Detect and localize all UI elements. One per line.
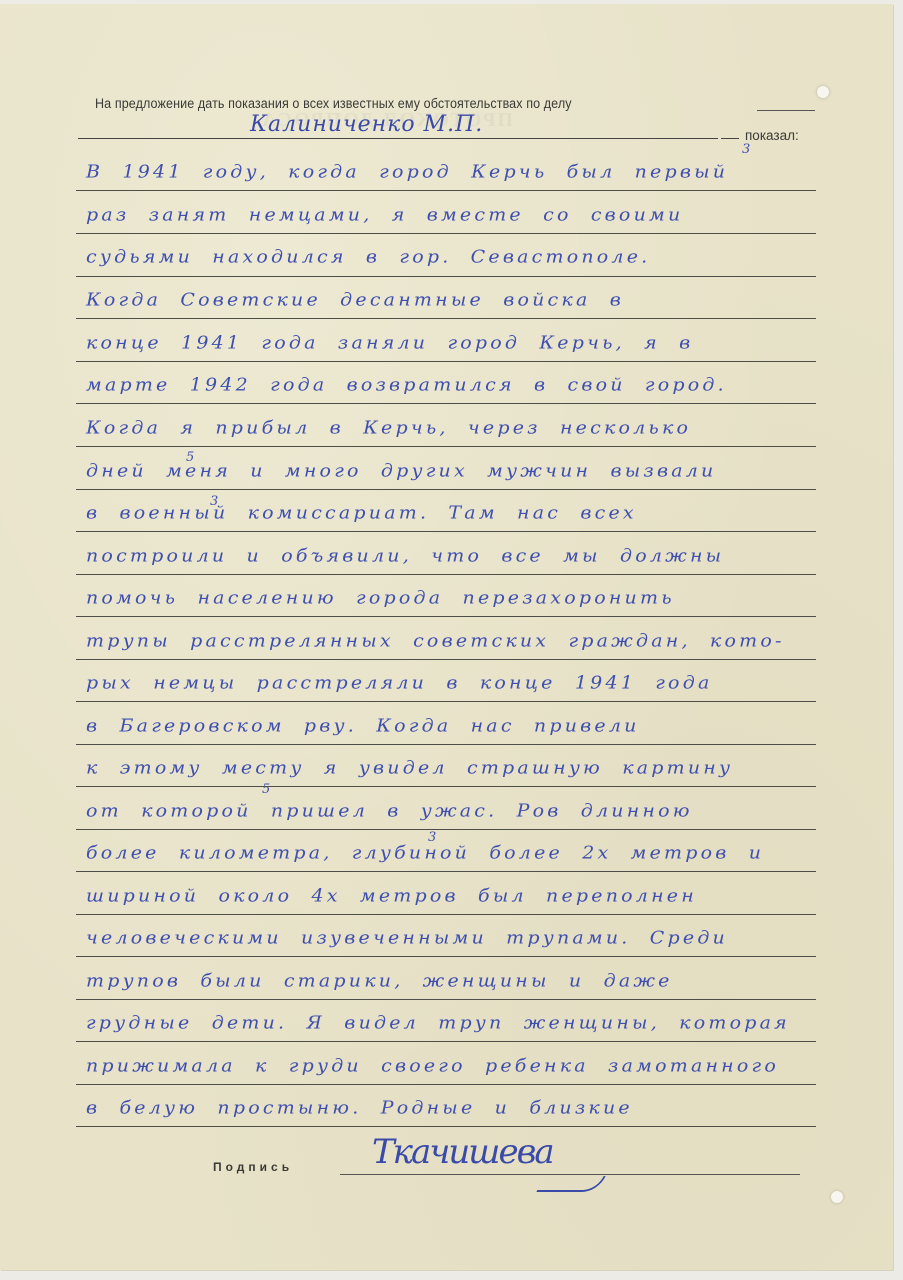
ruled-line — [76, 276, 816, 277]
testimony-line: марте 1942 года возвратился в свой город… — [86, 375, 727, 396]
ruled-line — [76, 1084, 816, 1085]
testimony-line: Когда я прибыл в Керчь, через несколько — [86, 418, 691, 439]
ruled-line — [76, 531, 816, 532]
ruled-line — [76, 659, 816, 660]
name-field-rule — [721, 138, 739, 139]
ruled-line — [76, 489, 816, 490]
testimony-line: человеческими изувеченными трупами. Сред… — [86, 928, 728, 949]
showed-label: показал: — [745, 128, 799, 143]
testimony-line: дней меня и много других мужчин вызвали — [86, 461, 717, 482]
printed-intro-text: На предложение дать показания о всех изв… — [95, 96, 765, 111]
testimony-line: в Багеровском рву. Когда нас привели — [86, 716, 640, 737]
ruled-line — [76, 744, 816, 745]
testimony-line: рых немцы расстреляли в конце 1941 года — [86, 673, 712, 694]
testimony-line: трупов были старики, женщины и даже — [86, 971, 673, 992]
ruled-line — [76, 829, 816, 830]
punch-hole — [817, 86, 829, 98]
ruled-line — [76, 956, 816, 957]
correction-mark: 5 — [262, 782, 270, 797]
protocol-page: ПРОТОКОЛ ДОПРОСА На предложение дать пок… — [0, 4, 893, 1270]
testimony-line: конце 1941 года заняли город Керчь, я в — [86, 333, 693, 354]
correction-mark: 3 — [742, 142, 750, 157]
testimony-line: от которой пришел в ужас. Ров длинною — [86, 801, 693, 822]
ruled-line — [76, 1126, 816, 1127]
testimony-line: раз занят немцами, я вместе со своими — [86, 205, 683, 226]
witness-name: Калиниченко М.П. — [250, 112, 483, 137]
ruled-line — [76, 574, 816, 575]
ruled-line — [76, 1041, 816, 1042]
ruled-line — [76, 318, 816, 319]
signature: Ткачишева — [372, 1132, 553, 1172]
ruled-line — [76, 786, 816, 787]
testimony-line: В 1941 году, когда город Керчь был первы… — [86, 162, 728, 183]
ruled-line — [76, 190, 816, 191]
testimony-line: шириной около 4х метров был переполнен — [86, 886, 697, 907]
signature-rule — [340, 1174, 800, 1175]
signature-label: Подпись — [213, 1160, 293, 1174]
testimony-line: помочь населению города перезахоронить — [86, 588, 675, 609]
testimony-line: судьями находился в гор. Севастополе. — [86, 247, 650, 268]
ruled-line — [76, 701, 816, 702]
testimony-line: грудные дети. Я видел труп женщины, кото… — [86, 1013, 790, 1034]
ruled-line — [76, 616, 816, 617]
testimony-line: прижимала к груди своего ребенка замотан… — [86, 1056, 779, 1077]
testimony-line: более километра, глубиной более 2х метро… — [86, 843, 764, 864]
ruled-line — [76, 999, 816, 1000]
testimony-line: в белую простыню. Родные и близкие — [86, 1098, 633, 1119]
ruled-line — [76, 446, 816, 447]
testimony-line: к этому месту я увидел страшную картину — [86, 758, 733, 779]
ruled-line — [76, 361, 816, 362]
punch-hole — [831, 1191, 843, 1203]
ruled-line — [76, 871, 816, 872]
ruled-line — [76, 233, 816, 234]
ruled-line — [76, 914, 816, 915]
case-field-rule — [757, 110, 815, 111]
testimony-line: трупы расстрелянных советских граждан, к… — [86, 631, 785, 652]
testimony-line: построили и объявили, что все мы должны — [86, 546, 724, 567]
signature-flourish — [536, 1176, 605, 1192]
ruled-line — [76, 403, 816, 404]
testimony-line: в военный комиссариат. Там нас всех — [86, 503, 637, 524]
testimony-line: Когда Советские десантные войска в — [86, 290, 624, 311]
name-field-rule — [78, 138, 718, 139]
